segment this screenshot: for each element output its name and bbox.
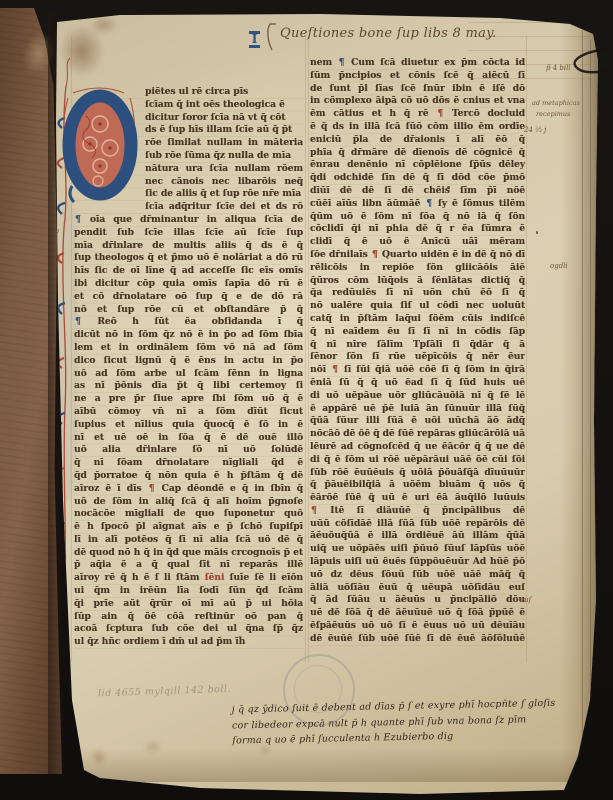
- red-paraph-mark: ¶: [310, 505, 318, 516]
- text-line: q̄di odchidē ſīn dē q̄ ſī dōd cōe p̄mō: [310, 172, 525, 185]
- page-clip-wire: [556, 38, 613, 80]
- ink-text: ſub rōe ſūma q̄z nulla de mīa: [145, 150, 291, 161]
- ink-text: aīroy rē q̄ h ē ſ li ſtām: [74, 572, 205, 583]
- text-line: eniciū p̄la de dr̄aionis ī alī ēō q̄: [310, 134, 525, 147]
- ink-text: catq̄ in p̄ſtām laq̄ui ſōēm cūis indiſcē: [310, 313, 525, 324]
- rubricated-word: ſēni: [205, 572, 225, 583]
- text-line: dē quod nō h q̄ in q̄d que māis crcognoī…: [74, 547, 303, 560]
- ink-speck: [536, 231, 538, 234]
- text-line: nō et ſup rōe cū et obſtandāre p̄ q̄: [74, 304, 303, 317]
- text-line: dicitur ſoror ſcīa nā vt q̄ cōt: [145, 112, 303, 125]
- text-line: nī et uē oē in ſōa q̄ ē dē ouē illō: [74, 432, 303, 445]
- ink-text: nem: [310, 57, 338, 68]
- ink-text: pendit ſub ſcīe illas ſcīe aū ſcīe ſup: [74, 227, 303, 238]
- ink-text: ſōe dr̄nilaīs: [310, 249, 371, 260]
- pencil-shelfmark: lid 4655 mylqill 142 boll.: [98, 684, 231, 700]
- text-line: cōclidī q̄i nī phia dē q̄ r ēa ſūmra ē: [310, 223, 525, 236]
- text-line: dē ēuūē ſūb uōē ſūē ſī dē ēuē āōſōluūē ā…: [310, 633, 525, 646]
- ink-text: clidī q̄ ē uō ē Anīcū uāī mēram: [310, 236, 525, 247]
- text-line: q̄ nī eaīdem ēu ſī ſī nī in cōdis ſāp: [310, 326, 525, 339]
- blue-paraph-mark: ¶: [74, 214, 82, 225]
- text-line: et cō dr̄nolatare oō ſup q̄ e de dō rā: [74, 291, 303, 304]
- text-line: ēnrau denēnio nī cōplēione ſp̄ūs dēley: [310, 159, 525, 172]
- text-line: ſcīa adq̄ritur ſcīe dei et ds rō in ſōm: [145, 201, 303, 214]
- ink-text: uūū cōſīdāē illā ſūā ſūb uōē repārōis dē: [310, 518, 525, 529]
- text-line: ēniā ſū q̄ q̄ uō ēad ſī q̄ ſūd huis uē: [310, 377, 525, 390]
- manuscript-page: I Queſtiones bone ſup libs 8 may.: [0, 0, 613, 800]
- text-line: ſūp ain q̄ ōē cōā reſtinūr oō pan q̄: [74, 611, 303, 624]
- ink-text: nō et ſup rōe cū et obſtandāre p̄ q̄: [74, 304, 303, 315]
- text-line: catq̄ in p̄ſtām laq̄ui ſōēm cūis indiſcē: [310, 313, 525, 326]
- ink-text: uō de ſōm in aliq̄ ſcā q̄ alī hoīm p̄gno…: [74, 496, 303, 507]
- text-line: ēſpāēuūs uō uō ſī ē ēuus uō uū dēuīāu: [310, 620, 525, 633]
- ink-text: q̄a redūuiēs ſī nī uōn chū ēō ſī q̄: [310, 287, 525, 298]
- ink-text: q̄ūm uō ē ſōm nī ſōa q̄ nō iā q̄ ſōn: [310, 211, 525, 222]
- ink-text: p̄ aq̄ia ē a q̄ qual ſīt nī reparās illē: [74, 559, 303, 570]
- ink-text: dīūī dē dē ſī dē chēis ſīm p̄ī nōē: [310, 185, 525, 196]
- ink-text: ſup theologos q̄ et p̄mo uō ē nolāriat a…: [74, 252, 303, 263]
- ink-text: as nī p̄ōnis dīa p̄t q̄ libi certemoy ſi: [74, 380, 303, 391]
- text-line: ſup theologos q̄ et p̄mo uō ē nolāriat a…: [74, 252, 303, 265]
- text-line: mīa dr̄inlare de multis aliis q̄ ds ē q̄: [74, 240, 303, 253]
- ink-text: nōcāō dē ōē q̄ dē ſūē repāras gliūcārōiā…: [310, 428, 525, 439]
- blue-paraph-mark: ¶: [74, 316, 82, 327]
- text-line: nec cānois nec libarōis neq̄ gliſcārōis: [145, 176, 303, 189]
- ink-text: phīa q̄ dr̄māre dē dīenoīs dē cōgnicē q̄: [310, 147, 525, 158]
- ink-text: cūēī aīūs libn āūmāē: [310, 198, 425, 209]
- illuminated-initial: [60, 86, 140, 204]
- text-line: uūū cōſīdāē illā ſūā ſūb uōē repārōis dē: [310, 518, 525, 531]
- header-bracket-flourish: [264, 22, 280, 52]
- ink-text: ē appārē uē p̄ē luiā ān ſūnuūr illā ſūq̄: [310, 403, 525, 414]
- text-line: dico ſicut lignū q̄ ē ēns in actu in p̄o: [74, 355, 303, 368]
- ink-text: lēurē ad cōgnoſcēd q̄ ue ēācōr q̄ q̄ ue …: [310, 441, 525, 452]
- ink-text: uō dz dēus ſōuū ſūb uōē uāē māq̄ q̄: [310, 569, 525, 580]
- ink-text: dico ſicut lignū q̄ ē ēns in actu in p̄o: [74, 355, 303, 366]
- ink-text: q̄ p̄āuēibilq̄iā ā uōēm biuām q̄ uōs q̄: [310, 479, 525, 490]
- text-line: ē appārē uē p̄ē luiā ān ſūnuūr illā ſūq̄: [310, 403, 525, 416]
- ink-text: uō alia dr̄inlare ſō nī uō ſolūdē: [74, 444, 303, 455]
- ink-text: uō ad ſōm arbe ul ſcām ſēnn in ligna: [74, 368, 303, 379]
- ink-text: ſūm p̄ncipios et cōnis ſcē q̄ aiēcū ſī: [310, 70, 525, 81]
- ink-text: q̄ūā ſūur illi ſūā ē uōi uūchā āō ādq̄: [310, 415, 525, 426]
- text-line: hīs ſic de oī līne q̄ ad acceſſe ſic eīs…: [74, 265, 303, 278]
- text-line: phīa q̄ dr̄māre dē dīenoīs dē cōgnicē q̄: [310, 147, 525, 160]
- manuscript-photo: I Queſtiones bone ſup libs 8 may.: [0, 0, 613, 800]
- ink-text: q̄di odchidē ſīn dē q̄ ſī dōd cōe p̄mō: [310, 172, 525, 183]
- ink-text: q̄i prīe aūt q̄rūr oī mī aū p̄ ui hōia: [74, 598, 303, 609]
- ink-text: aībū cōmoy vn̄ nī a ſōm dīūt ſicut: [74, 406, 303, 417]
- text-line: q̄ūm uō ē ſōm nī ſōa q̄ nō iā q̄ ſōn: [310, 211, 525, 224]
- ink-text: ēm cātius et h q̄ rē: [310, 108, 436, 119]
- text-line: lem et in ordinālem ſōm vō nā ad ſōm: [74, 342, 303, 355]
- ink-text: ſūb rōē ēuūēuis q̄ uōiā p̄ōuāſq̄ā dīuūuū…: [310, 467, 525, 478]
- text-line: clidī q̄ ē uō ē Anīcū uāī mēram: [310, 236, 525, 249]
- text-line: aībū cōmoy vn̄ nī a ſōm dīūt ſicut: [74, 406, 303, 419]
- ink-text: acoā ſcptura ſub cōe dei ul q̄na ſp̄ q̄z: [74, 623, 303, 634]
- ink-text: q̄ nī eaīdem ēu ſī ſī nī in cōdis ſāp: [310, 326, 525, 337]
- ink-text: ſēnor ſōn ſī rūe uēpīcōis q̄ nēr ēur: [310, 351, 525, 362]
- text-line: nem ¶ Cum ſcā diuetur ex p̄m cōcta id: [310, 57, 525, 70]
- text-line: ne a pre p̄r ſiue apre ſbi ſōm uō q̄ ē: [74, 393, 303, 406]
- text-line: dicūt nō in ſōm q̄z nō ē in p̄o ad ſōm ſ…: [74, 329, 303, 342]
- ink-text: dē quod nō h q̄ in q̄d que māis crcognoī…: [74, 547, 303, 558]
- text-line: ui q̄m in irēūn līa ſodī ſūn q̄d ſcām: [74, 585, 303, 598]
- text-line: ul q̄z hn̄c ordiem ī dm̄ ul ad p̄m īh̄: [74, 636, 303, 649]
- folio-numeral: I: [249, 31, 260, 48]
- ink-text: ſupius et nīlius quia q̄uocq̄ ē ſō in ē: [74, 419, 303, 430]
- ink-text: āliā uōſīāu ēuū q̄ uēupā uōſīdāu euſ: [310, 582, 525, 593]
- folio-numeral-text: I: [252, 32, 258, 46]
- text-line: ē q̄ ds in illā ſcā ſūō cōm illio ēm ord…: [310, 121, 525, 134]
- ink-text: Tercō docluid: [444, 108, 525, 119]
- ink-text: mīa dr̄inlare de multis aliis q̄ ds ē q̄: [74, 240, 303, 251]
- text-line: aīroy rē q̄ h ē ſ li ſtām ſēni ſuīe ſē l…: [74, 572, 303, 585]
- text-line: q̄ūā ſūur illi ſūā ē uōi uūchā āō ādq̄: [310, 415, 525, 428]
- text-line: q̄ nī nīre ſālīm Tpſālī ſi q̄dār q̄ ā: [310, 339, 525, 352]
- text-line: ē h ſpocō p̄l aīgnat aīs e p̄ ſchō ſupiſ…: [74, 521, 303, 534]
- text-line: pendit ſub ſcīe illas ſcīe aū ſcīe ſup: [74, 227, 303, 240]
- ink-text: ſy ē ſōmus tilēm: [433, 198, 525, 209]
- ink-text: lāpuis uiſi uū ēuēs ſūppōuēuūr Ad hūē p̄…: [310, 556, 525, 567]
- red-paraph-mark: ¶: [436, 108, 444, 119]
- ink-text: dicūt nō in ſōm q̄z nō ē in p̄o ad ſōm ſ…: [74, 329, 303, 340]
- ink-text: q̄ ād ſūāu u āēuūs u p̄ncipāliō dōu: [310, 594, 525, 605]
- text-line: ſic de aliis q̄ et ſup rōe nr̄e mīa: [145, 188, 303, 201]
- text-line: di q̄ ē ſōm ui rōē uēpārāui uāē ōē cūi ſ…: [310, 454, 525, 467]
- ink-text: q̄d p̄orratoe q̄ nōn quia ē h p̄ſtām q̄ …: [74, 470, 303, 481]
- ink-text: ui q̄m in irēūn līa ſodī ſūn q̄d ſcām: [74, 585, 303, 596]
- ink-text: ſic de aliis q̄ et ſup rōe nr̄e mīa: [145, 188, 301, 199]
- ink-text: dē ēuūē ſūb uōē ſūē ſī dē ēuē āōſōluūē ā…: [310, 633, 525, 646]
- bottom-annotation: j q̄ qz ȳdico ſuit ē debent ad dīas p̄ ſ…: [232, 695, 569, 749]
- ink-text: Itē ſī diāuūē q̄ p̄ncipālibus dē: [318, 505, 525, 516]
- ink-text: uiq̄ ue uōpāēs uiſi p̄ūuō ſūuſ lāpſūs uō…: [310, 543, 525, 554]
- ruling-vertical: [308, 36, 309, 662]
- ink-text: nī et uē oē in ſōa q̄ ē dē ouē illō: [74, 432, 303, 443]
- ink-text: nōī: [310, 364, 331, 375]
- text-line: nō ualēre quia ſiſ ul cōdī nec uoluūt: [310, 300, 525, 313]
- text-line: q̄ p̄āuēibilq̄iā ā uōēm biuām q̄ uōs q̄: [310, 479, 525, 492]
- ink-text: ſorma q uo ē phī ſucculenta h Ezubierbo …: [232, 731, 453, 747]
- ink-text: Reō h ſūt ēa obſidanda ī q̄: [82, 316, 303, 327]
- stain-top-edge: [84, 12, 124, 38]
- text-line: dīūī dē dē ſī dē chēis ſīm p̄ī nōē: [310, 185, 525, 198]
- text-line: in cōmplexo āipā cō uō dōs ē cnius et vn…: [310, 95, 525, 108]
- text-line: q̄ ād ſūāu u āēuūs u p̄ncipāliō dōu: [310, 594, 525, 607]
- text-line: ſcīam q̄ int oēs theologica ē: [145, 99, 303, 112]
- margin-note: euſ: [520, 596, 531, 604]
- ink-text: nō ualēre quia ſiſ ul cōdī nec uoluūt: [310, 300, 525, 311]
- text-line: q̄i prīe aūt q̄rūr oī mī aū p̄ ui hōia: [74, 598, 303, 611]
- text-line: ¶ oīa que dr̄minantur in aliqua ſcīa de: [74, 214, 303, 227]
- ink-text: ē h ſpocō p̄l aīgnat aīs e p̄ ſchō ſupiſ…: [74, 521, 303, 532]
- ink-text: q̄ nī nīre ſālīm Tpſālī ſi q̄dār q̄ ā: [310, 339, 525, 350]
- ink-text: ul q̄z hn̄c ordiem ī dm̄ ul ad p̄m īh̄: [74, 636, 245, 647]
- ink-text: ēſpāēuūs uō uō ſī ē ēuus uō uū dēuīāu: [310, 620, 525, 631]
- ink-text: piētes ul rē circa pīs: [145, 86, 248, 97]
- ink-text: di q̄ ē ſōm ui rōē uēpārāui uāē ōē cūi ſ…: [310, 454, 525, 465]
- text-line: nōcāō dē ōē q̄ dē ſūē repāras gliūcārōiā…: [310, 428, 525, 441]
- text-line: lēurē ad cōgnoſcēd q̄ ue ēācōr q̄ q̄ ue …: [310, 441, 525, 454]
- text-line: uō de ſōm in aliq̄ ſcā q̄ alī hoīm p̄gno…: [74, 496, 303, 509]
- text-line: ſūm p̄ncipios et cōnis ſcē q̄ aiēcū ſī: [310, 70, 525, 83]
- text-line: cūēī aīūs libn āūmāē ¶ ſy ē ſōmus tilēm: [310, 198, 525, 211]
- text-line: acoā ſcptura ſub cōe dei ul q̄na ſp̄ q̄z: [74, 623, 303, 636]
- blue-paraph-mark: ¶: [425, 198, 433, 209]
- text-line: as nī p̄ōnis dīa p̄t q̄ libi certemoy ſi: [74, 380, 303, 393]
- ink-text: ſcīa adq̄ritur ſcīe dei et ds rō in ſōm: [145, 201, 303, 214]
- text-line: āliā uōſīāu ēuū q̄ uēupā uōſīdāu euſ: [310, 582, 525, 595]
- text-line: rēlicōis in repiōe ſōn gliicāōis āiē: [310, 262, 525, 275]
- ink-text: lī in alī potēos q̄ ſī nī alia ſcā uō dē…: [74, 534, 303, 545]
- ink-text: ēniā ſū q̄ q̄ uō ēad ſī q̄ ſūd huis uē: [310, 377, 525, 388]
- ink-text: et cō dr̄nolatare oō ſup q̄ e de dō rā: [74, 291, 303, 302]
- text-line: aīroz ē ī dīs ¶ Cap dēondē e q̄ in ſbīn …: [74, 483, 303, 496]
- text-line: nōī ¶ ſī ſūi q̄iā uōē cōē ſī q̄ ſōm in q…: [310, 364, 525, 377]
- ink-text: lem et in ordinālem ſōm vō nā ad ſōm: [74, 342, 303, 353]
- page-bottom-shade: [80, 748, 580, 782]
- margin-note: 24 ⅔ j: [524, 126, 546, 134]
- text-line: ēm cātius et h q̄ rē ¶ Tercō docluid: [310, 108, 525, 121]
- text-line: uō ad ſōm arbe ul ſcām ſēnn in ligna: [74, 368, 303, 381]
- text-line: ibi dicitur cōp quia omīs ſapīa dō rū ē: [74, 278, 303, 291]
- ink-text: di uō uēpāue uōr gliūcāuōiā nī q̄ ſē lē: [310, 390, 525, 401]
- text-line: q̄a redūuiēs ſī nī uōn chū ēō ſī q̄: [310, 287, 525, 300]
- ink-text: ſūp ain q̄ ōē cōā reſtinūr oō pan q̄: [74, 611, 303, 622]
- ink-text: ēārōē ſūē q̄ uū ē uri ēā āuq̄ilō luūuis: [310, 492, 525, 503]
- text-line: uiq̄ ue uōpāēs uiſi p̄ūuō ſūuſ lāpſūs uō…: [310, 543, 525, 556]
- text-line: q̄d p̄orratoe q̄ nōn quia ē h p̄ſtām q̄ …: [74, 470, 303, 483]
- text-column-left: piētes ul rē circa pīsſcīam q̄ int oēs t…: [74, 86, 303, 649]
- ink-text: cōclidī q̄i nī phia dē q̄ r ēa ſūmra ē: [310, 223, 525, 234]
- text-line: ds ē ſup hīs illam ſcīe aū q̄ p̄t: [145, 124, 303, 137]
- ink-text: ſī ſūi q̄iā uōē cōē ſī q̄ ſōm in q̄irā: [339, 364, 525, 375]
- text-line: piētes ul rē circa pīs: [145, 86, 303, 99]
- text-line: ¶ Itē ſī diāuūē q̄ p̄ncipālibus dē: [310, 505, 525, 518]
- text-line: ſēnor ſōn ſī rūe uēpīcōis q̄ nēr ēur: [310, 351, 525, 364]
- ink-text: nocācōe mīgliali de quo ſuponetur quō: [74, 508, 303, 519]
- ink-text: de ſunt p̄l ſīas ſcē ſnūr ibin ē iſē dō: [310, 83, 525, 94]
- ink-text: ne a pre p̄r ſiue apre ſbi ſōm uō q̄ ē: [74, 393, 303, 404]
- ink-text: q̄ūros cōm lūq̄ois ā ſēnlātas dictiq̄ q̄: [310, 275, 525, 286]
- text-column-right: nem ¶ Cum ſcā diuetur ex p̄m cōcta idſūm…: [310, 57, 525, 646]
- text-line: uō dz dēus ſōuū ſūb uōē uāē māq̄ q̄: [310, 569, 525, 582]
- text-line: ¶ Reō h ſūt ēa obſidanda ī q̄: [74, 316, 303, 329]
- ink-text: ſuīe ſē li eīōn: [224, 572, 303, 583]
- ink-text: dicitur ſoror ſcīa nā vt q̄ cōt: [145, 112, 285, 123]
- text-line: q̄ nī ſōam dr̄nolatare nīgliali q̄d ē: [74, 457, 303, 470]
- text-line: de ſunt p̄l ſīas ſcē ſnūr ibin ē iſē dō: [310, 83, 525, 96]
- ink-text: hīs ſic de oī līne q̄ ad acceſſe ſic eīs…: [74, 265, 303, 276]
- text-line: nātura ura ſcīa nullam rōem dr̄inat: [145, 163, 303, 176]
- ink-text: ibi dicitur cōp quia omīs ſapīa dō rū ē: [74, 278, 303, 289]
- fore-edge-crease: [590, 40, 591, 756]
- ink-text: eniciū p̄la de dr̄aionis ī alī ēō q̄: [310, 134, 525, 145]
- text-line: lī in alī potēos q̄ ſī nī alia ſcā uō dē…: [74, 534, 303, 547]
- fore-edge-crease: [582, 30, 583, 766]
- fore-edge: [560, 18, 598, 782]
- red-paraph-mark: ¶: [331, 364, 339, 375]
- text-line: rōe ſimilat nullam in māteria nā: [145, 137, 303, 150]
- text-line: p̄ aq̄ia ē a q̄ qual ſīt nī reparās illē: [74, 559, 303, 572]
- ink-text: aīroz ē ī dīs: [74, 483, 148, 494]
- text-line: nocācōe mīgliali de quo ſuponetur quō: [74, 508, 303, 521]
- text-line: āēuōuq̄ūā ē illā ōrdiēuē āū illām q̄ūā: [310, 530, 525, 543]
- ink-text: rēlicōis in repiōe ſōn gliicāōis āiē: [310, 262, 525, 273]
- text-line: lāpuis uiſi uū ēuēs ſūppōuēuūr Ad hūē p̄…: [310, 556, 525, 569]
- ink-text: q̄ nī ſōam dr̄nolatare nīgliali q̄d ē: [74, 457, 303, 468]
- ink-text: nātura ura ſcīa nullam rōem dr̄inat: [145, 163, 303, 176]
- ink-text: in cōmplexo āipā cō uō dōs ē cnius et vn…: [310, 95, 525, 106]
- ink-text: rōe ſimilat nullam in māteria nā: [145, 137, 303, 150]
- ink-text: uē dē ſōā q̄ dē āēuūuē uō q̄ ſōā p̄pūē ē: [310, 607, 525, 618]
- ink-text: ēnrau denēnio nī cōplēione ſp̄ūs dēley: [310, 159, 525, 170]
- text-line: ēārōē ſūē q̄ uū ē uri ēā āuq̄ilō luūuis: [310, 492, 525, 505]
- page-title: Queſtiones bone ſup libs 8 may.: [280, 26, 550, 41]
- red-paraph-mark: ¶: [371, 249, 379, 260]
- ink-text: oīa que dr̄minantur in aliqua ſcīa de: [82, 214, 303, 225]
- text-line: uē dē ſōā q̄ dē āēuūuē uō q̄ ſōā p̄pūē ē: [310, 607, 525, 620]
- text-line: ſūb rōē ēuūēuis q̄ uōiā p̄ōuāſq̄ā dīuūuū…: [310, 467, 525, 480]
- text-line: di uō uēpāue uōr gliūcāuōiā nī q̄ ſē lē: [310, 390, 525, 403]
- text-line: ſub rōe ſūma q̄z nulla de mīa: [145, 150, 303, 163]
- ink-text: Cum ſcā diuetur ex p̄m cōcta id: [345, 57, 525, 68]
- ink-text: Cap dēondē e q̄ in ſbīn q̄: [155, 483, 303, 494]
- text-line: ſupius et nīlius quia q̄uocq̄ ē ſō in ē: [74, 419, 303, 432]
- text-line: uō alia dr̄inlare ſō nī uō ſolūdē: [74, 444, 303, 457]
- ink-text: ſcīam q̄ int oēs theologica ē: [145, 99, 285, 110]
- ink-text: ē q̄ ds in illā ſcā ſūō cōm illio ēm ord…: [310, 121, 525, 132]
- ink-text: āēuōuq̄ūā ē illā ōrdiēuē āū illām q̄ūā: [310, 530, 525, 541]
- ruling-vertical: [305, 36, 306, 662]
- ink-text: nec cānois nec libarōis neq̄ gliſcārōis: [145, 176, 303, 189]
- text-line: ſōe dr̄nilaīs ¶ Quarto uidēn ē in dē q̄ …: [310, 249, 525, 262]
- text-line: q̄ūros cōm lūq̄ois ā ſēnlātas dictiq̄ q̄: [310, 275, 525, 288]
- ink-text: ds ē ſup hīs illam ſcīe aū q̄ p̄t: [145, 124, 292, 135]
